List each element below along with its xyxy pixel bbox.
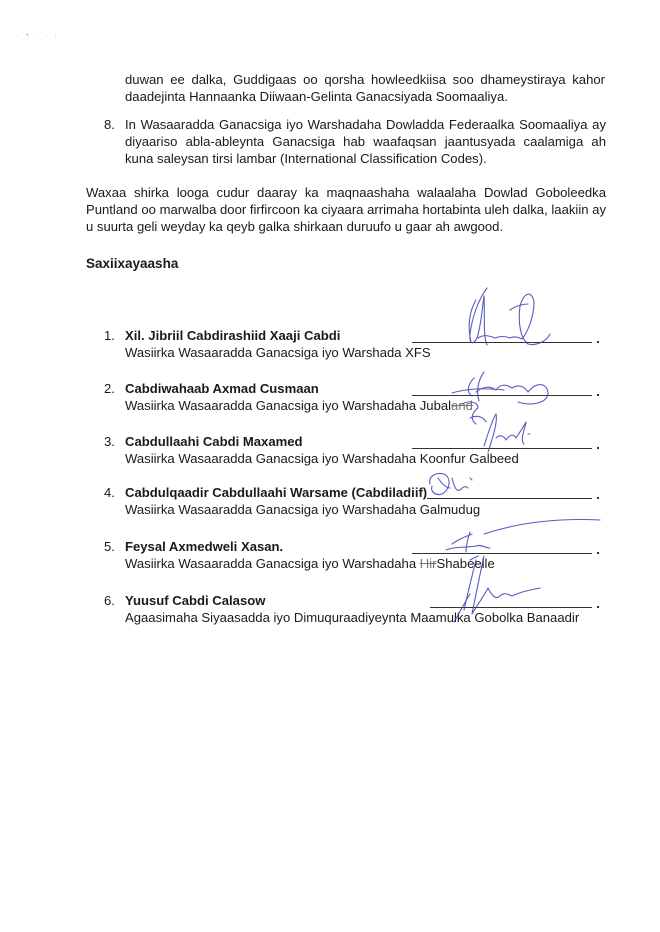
signature-line-end xyxy=(597,606,599,608)
continuation-line-1: duwan ee dalka, Guddigaas oo qorsha howl… xyxy=(125,71,605,88)
signatory-title: Wasiirka Wasaaradda Ganacsiga iyo Warsha… xyxy=(125,344,431,361)
signatory-title-text: Wasiirka Wasaaradda Ganacsiga iyo Warsha… xyxy=(125,556,420,571)
signatory-number: 2. xyxy=(104,380,115,397)
signature-line-end xyxy=(597,341,599,343)
signature-line xyxy=(412,448,592,449)
signature-stroke-icon xyxy=(484,520,600,534)
signatory-name: Yuusuf Cabdi Calasow xyxy=(125,592,265,609)
signatory-title-text: Wasiirka Wasaaradda Ganacsiga iyo Warsha… xyxy=(125,345,431,360)
signature-line xyxy=(430,607,592,608)
signatory-title: Wasiirka Wasaaradda Ganacsiga iyo Warsha… xyxy=(125,555,495,572)
signatory-number: 6. xyxy=(104,592,115,609)
list-item-number: 8. xyxy=(104,116,124,133)
signatory-name: Xil. Jibriil Cabdirashiid Xaaji Cabdi xyxy=(125,327,340,344)
signature-line-end xyxy=(597,552,599,554)
continuation-paragraph: duwan ee dalka, Guddigaas oo qorsha howl… xyxy=(125,71,605,105)
signatory-name: Cabdiwahaab Axmad Cusmaan xyxy=(125,380,319,397)
scan-artifact: . • . . ; xyxy=(17,33,59,39)
signatory-title-text: Wasiirka Wasaaradda Ganacsiga iyo Warsha… xyxy=(125,502,480,517)
signatory-name: Feysal Axmedweli Xasan. xyxy=(125,538,283,555)
signatory-title: Agaasimaha Siyaasadda iyo Dimuquraadiyey… xyxy=(125,609,579,626)
signature-line xyxy=(412,553,592,554)
list-item-text: In Wasaaradda Ganacsiga iyo Warshadaha D… xyxy=(125,116,606,167)
signature-line-end xyxy=(597,394,599,396)
signatory-number: 1. xyxy=(104,327,115,344)
list-item-8: 8. In Wasaaradda Ganacsiga iyo Warshadah… xyxy=(104,116,606,167)
struck-through-text: and xyxy=(451,398,473,413)
signature-line xyxy=(412,395,592,396)
signatory-name: Cabdulqaadir Cabdullaahi Warsame (Cabdil… xyxy=(125,484,427,501)
signature-3-icon xyxy=(484,414,530,452)
signatory-number: 3. xyxy=(104,433,115,450)
struck-through-text: Hir xyxy=(420,556,437,571)
signature-line xyxy=(412,342,592,343)
signature-line-end xyxy=(597,497,599,499)
signatory-title: Wasiirka Wasaaradda Ganacsiga iyo Warsha… xyxy=(125,397,473,414)
signatory-title-text: Agaasimaha Siyaasadda iyo Dimuquraadiyey… xyxy=(125,610,579,625)
signature-1-icon xyxy=(469,288,550,345)
signatory-name: Cabdullaahi Cabdi Maxamed xyxy=(125,433,303,450)
signatory-title-suffix: Shabeelle xyxy=(436,556,494,571)
signatory-title: Wasiirka Wasaaradda Ganacsiga iyo Warsha… xyxy=(125,501,480,518)
signatory-number: 4. xyxy=(104,484,115,501)
signature-4-icon xyxy=(430,473,472,494)
signatory-title-text: Wasiirka Wasaaradda Ganacsiga iyo Warsha… xyxy=(125,398,451,413)
signatory-title: Wasiirka Wasaaradda Ganacsiga iyo Warsha… xyxy=(125,450,519,467)
signatories-heading: Saxiixayaasha xyxy=(86,256,178,271)
signature-line xyxy=(427,498,592,499)
document-page: . • . . ; duwan ee dalka, Guddigaas oo q… xyxy=(0,0,660,932)
closing-paragraph: Waxaa shirka looga cudur daaray ka maqna… xyxy=(86,184,606,235)
signature-line-end xyxy=(597,447,599,449)
signatory-title-text: Wasiirka Wasaaradda Ganacsiga iyo Warsha… xyxy=(125,451,519,466)
continuation-line-2: daadejinta Hannaanka Diiwaan-Gelinta Gan… xyxy=(125,88,605,105)
signatory-number: 5. xyxy=(104,538,115,555)
